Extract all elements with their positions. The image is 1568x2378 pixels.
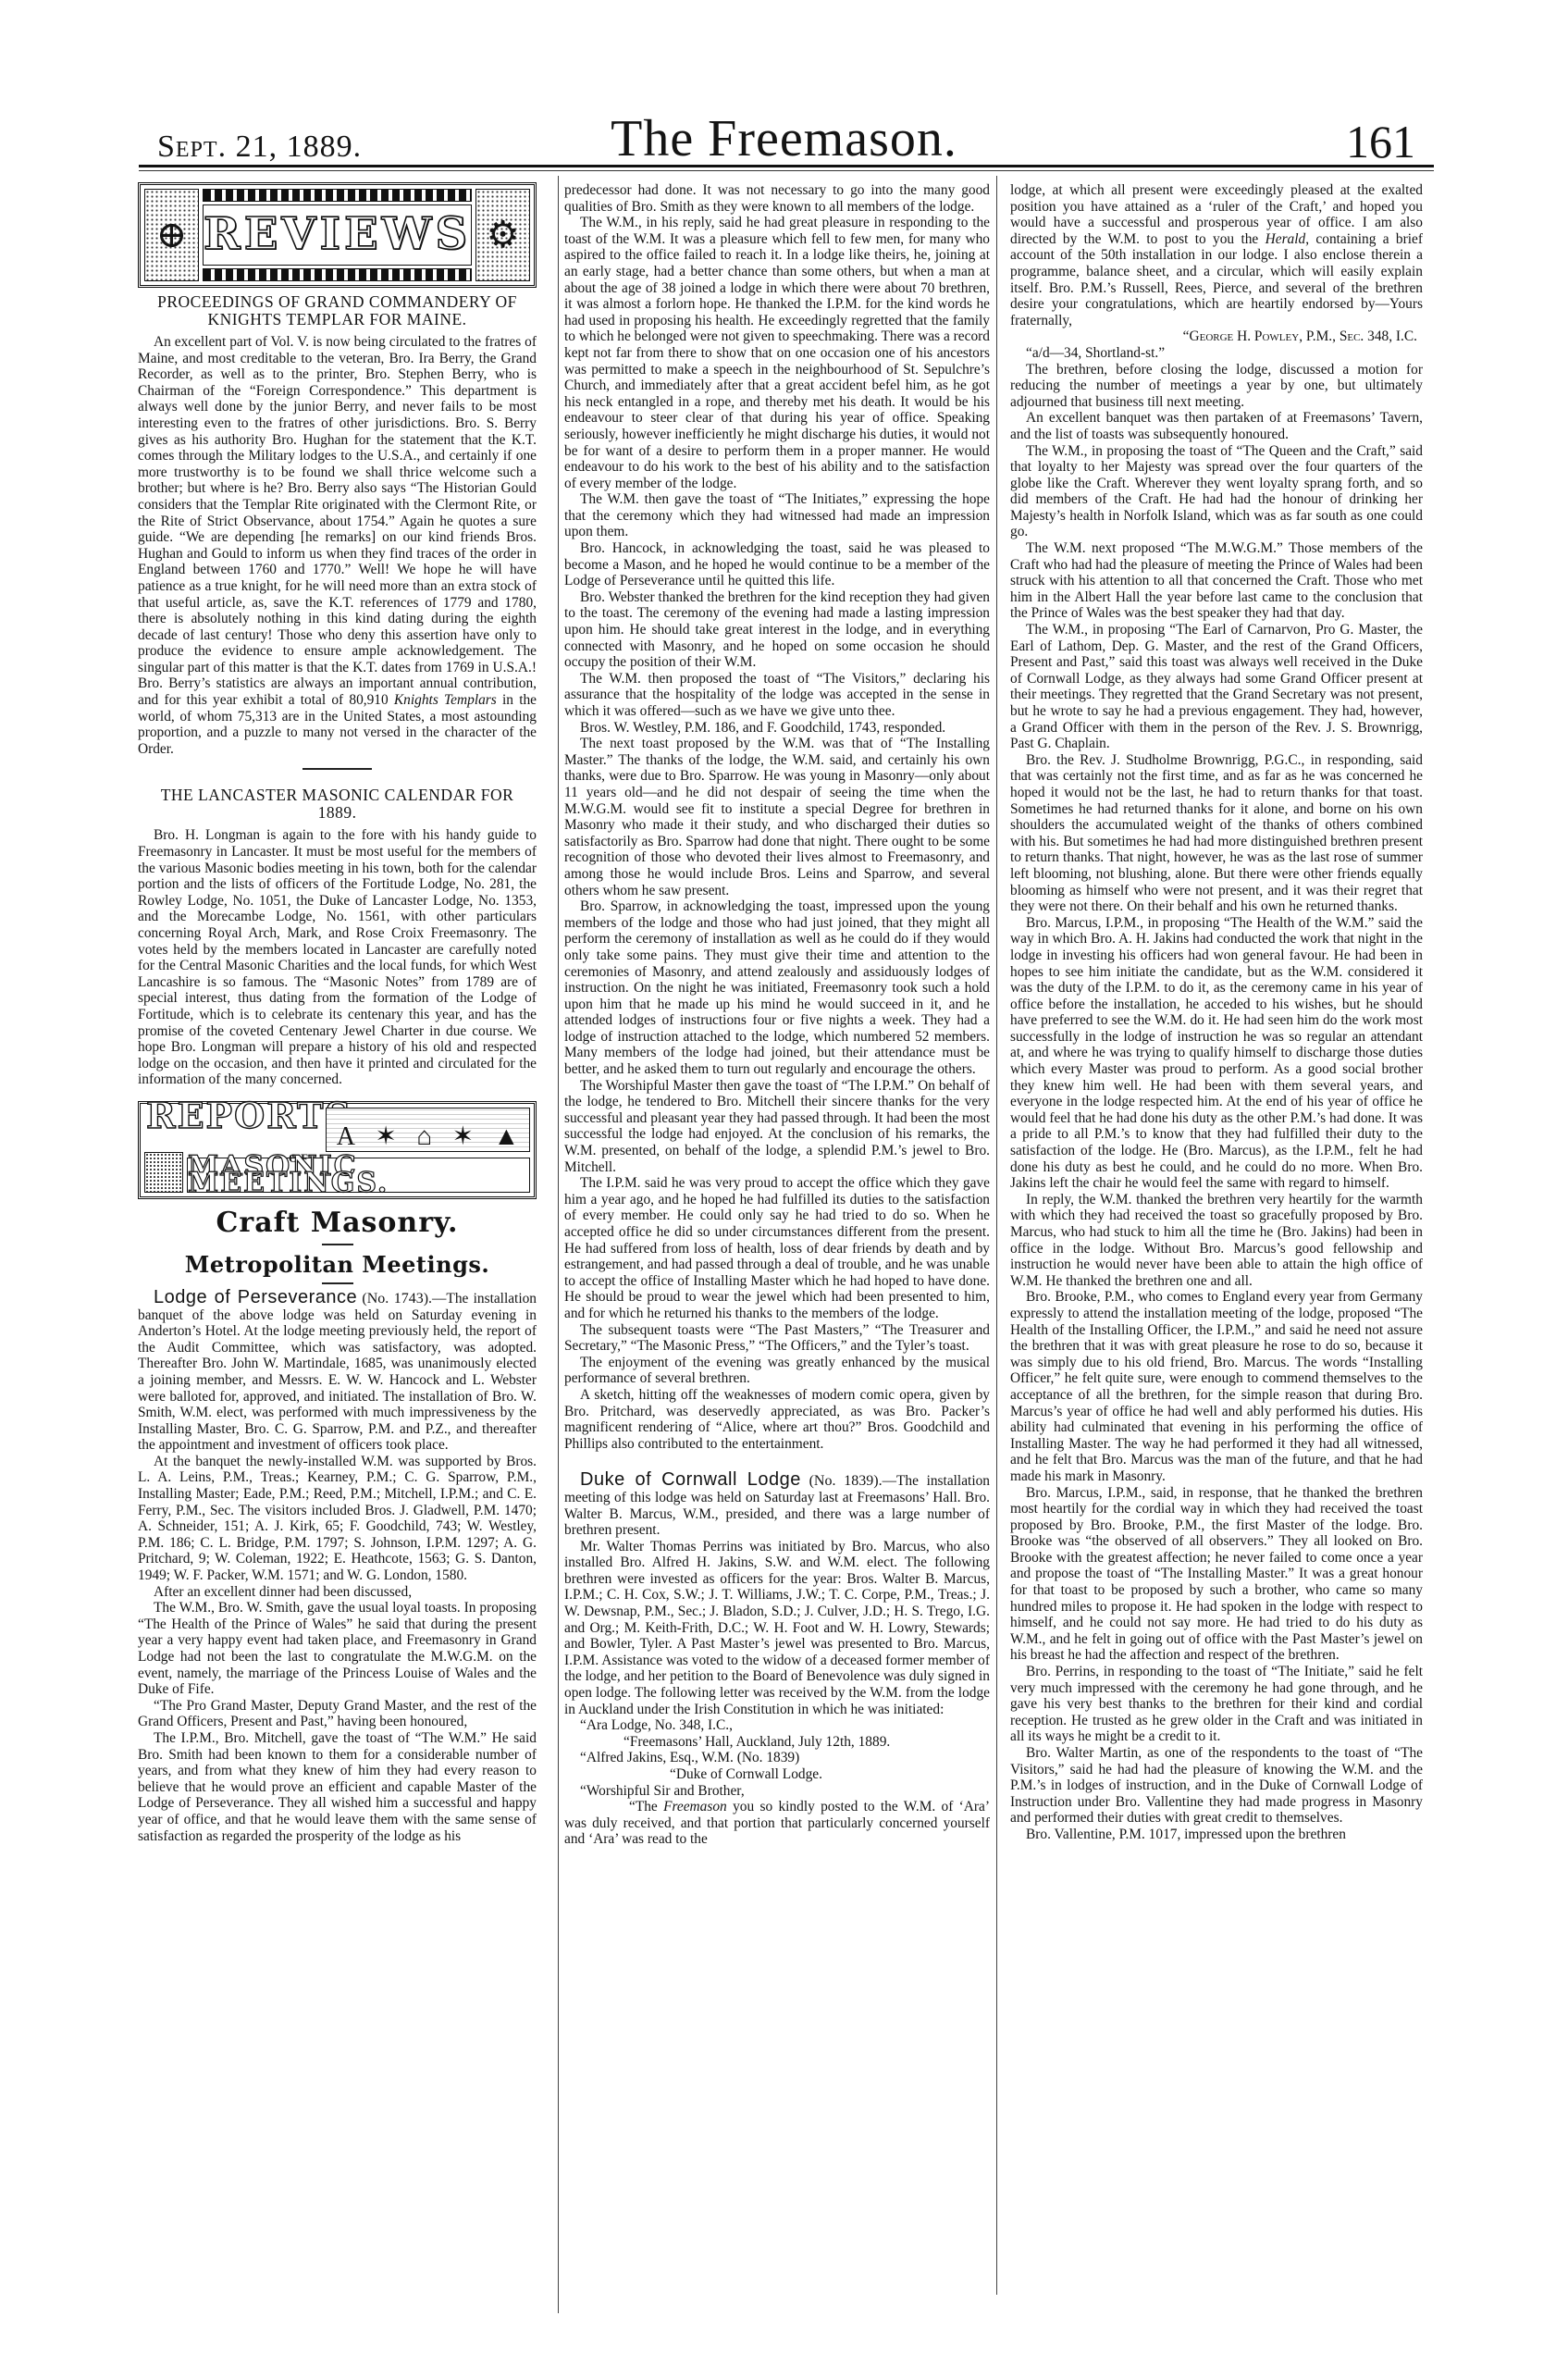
paragraph: Bro. Hancock, in acknowledging the toast… (564, 540, 990, 589)
paragraph: The Worshipful Master then gave the toas… (564, 1078, 990, 1176)
paragraph: The I.P.M. said he was very proud to acc… (564, 1175, 990, 1321)
paragraph: The W.M., in his reply, said he had grea… (564, 215, 990, 491)
paragraph: The brethren, before closing the lodge, … (1010, 362, 1423, 411)
cannon-tools-ornament-icon: ⚙ (475, 189, 530, 281)
paragraph: The W.M., in proposing “The Earl of Carn… (1010, 622, 1423, 752)
review-heading: THE LANCASTER MASONIC CALENDAR FOR 1889. (138, 786, 537, 822)
paragraph: Mr. Walter Thomas Perrins was initiated … (564, 1539, 990, 1718)
paragraph: The W.M., in proposing the toast of “The… (1010, 443, 1423, 541)
reports-banner: REPORTS A✶⌂✶▲ OF MASONIC MEETINGS. (138, 1101, 537, 1199)
subsection-heading: Metropolitan Meetings. (138, 1251, 537, 1279)
lodge-scene-ornament-icon: A✶⌂✶▲ (326, 1108, 530, 1152)
lodge-report: Lodge of Perseverance (No. 1743).—The in… (138, 1290, 537, 1454)
paragraph: Bro. Webster thanked the brethren for th… (564, 589, 990, 671)
paragraph: Bro. Sparrow, in acknowledging the toast… (564, 898, 990, 1078)
trowel-ornament-icon (144, 1152, 183, 1193)
review-body: An excellent part of Vol. V. is now bein… (138, 334, 537, 757)
letter-body: “The Freemason you so kindly posted to t… (564, 1799, 990, 1848)
checker-border (203, 189, 472, 202)
paragraph: In reply, the W.M. thanked the brethren … (1010, 1192, 1423, 1290)
newspaper-title: The Freemason. (0, 109, 1568, 168)
masthead-rule (139, 165, 1434, 167)
paragraph: At the banquet the newly-installed W.M. … (138, 1454, 537, 1584)
letter-line: “Worshipful Sir and Brother, (564, 1783, 990, 1800)
paragraph: Bro. Marcus, I.P.M., said, in response, … (1010, 1485, 1423, 1665)
checker-border (203, 268, 472, 281)
paragraph: Bro. Marcus, I.P.M., in proposing “The H… (1010, 915, 1423, 1192)
paragraph: Bro. Perrins, in responding to the toast… (1010, 1664, 1423, 1745)
paragraph: The W.M. then gave the toast of “The Ini… (564, 491, 990, 540)
letter-line: “Ara Lodge, No. 348, I.C., (564, 1717, 990, 1734)
letter-line: “Alfred Jakins, Esq., W.M. (No. 1839) (564, 1750, 990, 1766)
paragraph: Bro. Brooke, P.M., who comes to England … (1010, 1289, 1423, 1484)
review-heading: PROCEEDINGS OF GRAND COMMANDERY OF KNIGH… (138, 293, 537, 328)
paragraph: predecessor had done. It was not necessa… (564, 182, 990, 215)
lodge-name: Duke of Cornwall Lodge (580, 1469, 801, 1490)
letter-line: “Freemasons’ Hall, Auckland, July 12th, … (564, 1734, 990, 1751)
paragraph: After an excellent dinner had been discu… (138, 1584, 537, 1601)
reports-banner-line2: MASONIC MEETINGS. (187, 1158, 530, 1193)
paragraph: The W.M., Bro. W. Smith, gave the usual … (138, 1600, 537, 1698)
paragraph: The W.M. then proposed the toast of “The… (564, 671, 990, 720)
masthead-rule-thin (139, 170, 1434, 171)
paragraph: Bro. the Rev. J. Studholme Brownrigg, P.… (1010, 752, 1423, 915)
masthead: Sept. 21, 1889. The Freemason. 161 (0, 0, 1568, 171)
reviews-banner: ⊕ REVIEWS ⚙ (138, 182, 537, 288)
column-1: ⊕ REVIEWS ⚙ PROCEEDINGS OF GRAND COMMAND… (138, 182, 537, 1844)
paragraph: The W.M. next proposed “The M.W.G.M.” Th… (1010, 540, 1423, 622)
page-number: 161 (1346, 115, 1415, 168)
lodge-name: Lodge of Perseverance (154, 1287, 357, 1307)
section-rule (322, 1244, 353, 1245)
reviews-banner-center: REVIEWS (203, 189, 472, 281)
paragraph: “The Pro Grand Master, Deputy Grand Mast… (138, 1698, 537, 1730)
review-body: Bro. H. Longman is again to the fore wit… (138, 827, 537, 1088)
column-divider (996, 176, 997, 2295)
section-rule (322, 1282, 353, 1284)
paragraph: An excellent banquet was then partaken o… (1010, 410, 1423, 442)
paragraph: Bros. W. Westley, P.M. 186, and F. Goodc… (564, 720, 990, 737)
paragraph: The I.P.M., Bro. Mitchell, gave the toas… (138, 1730, 537, 1844)
column-divider (558, 176, 559, 2313)
paragraph: Bro. Vallentine, P.M. 1017, impressed up… (1010, 1827, 1423, 1843)
letter-address: “a/d—34, Shortland-st.” (1010, 345, 1423, 362)
column-3: lodge, at which all present were exceedi… (1010, 182, 1423, 1843)
lodge-report: Duke of Cornwall Lodge (No. 1839).—The i… (564, 1472, 990, 1538)
paragraph: Bro. Walter Martin, as one of the respon… (1010, 1745, 1423, 1827)
paragraph: The enjoyment of the evening was greatly… (564, 1355, 990, 1387)
paragraph: The subsequent toasts were “The Past Mas… (564, 1322, 990, 1355)
letter-signature: “George H. Powley, P.M., Sec. 348, I.C. (1010, 328, 1423, 345)
column-2: predecessor had done. It was not necessa… (564, 182, 990, 1848)
globe-compass-ornament-icon: ⊕ (144, 189, 199, 281)
letter-body: lodge, at which all present were exceedi… (1010, 182, 1423, 328)
paragraph: The next toast proposed by the W.M. was … (564, 736, 990, 898)
section-rule (302, 768, 372, 770)
reviews-banner-label: REVIEWS (203, 204, 472, 266)
reports-banner-line1: REPORTS (146, 1108, 352, 1124)
section-heading: Craft Masonry. (138, 1207, 537, 1240)
paragraph: A sketch, hitting off the weaknesses of … (564, 1387, 990, 1452)
letter-line: “Duke of Cornwall Lodge. (564, 1766, 990, 1783)
